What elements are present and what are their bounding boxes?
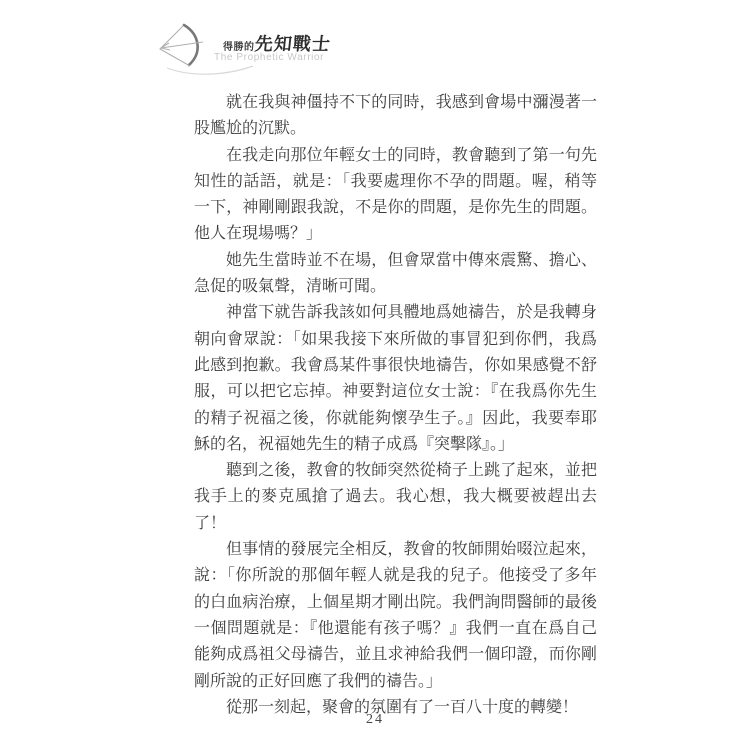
book-subtitle-english: The Prophetic Warrior [214, 52, 324, 63]
page-body-text: 就在我與神僵持不下的同時，我感到會場中瀰漫著一股尷尬的沉默。在我走向那位年輕女士… [194, 90, 597, 721]
paragraph: 神當下就告訴我該如何具體地爲她禱告，於是我轉身朝向會眾說：「如果我接下來所做的事… [194, 300, 597, 458]
paragraph: 就在我與神僵持不下的同時，我感到會場中瀰漫著一股尷尬的沉默。 [194, 90, 597, 143]
paragraph: 聽到之後，教會的牧師突然從椅子上跳了起來，並把我手上的麥克風搶了過去。我心想，我… [194, 458, 597, 537]
book-page: 得勝的先知戰士 The Prophetic Warrior 就在我與神僵持不下的… [0, 0, 750, 750]
paragraph: 在我走向那位年輕女士的同時，教會聽到了第一句先知性的話語，就是：「我要處理你不孕… [194, 143, 597, 248]
paragraph: 她先生當時並不在場，但會眾當中傳來震驚、擔心、急促的吸氣聲，清晰可聞。 [194, 248, 597, 301]
page-number: 24 [0, 712, 750, 728]
page-header: 得勝的先知戰士 The Prophetic Warrior [0, 0, 750, 80]
paragraph: 但事情的發展完全相反，教會的牧師開始啜泣起來，說：「你所說的那個年輕人就是我的兒… [194, 537, 597, 695]
